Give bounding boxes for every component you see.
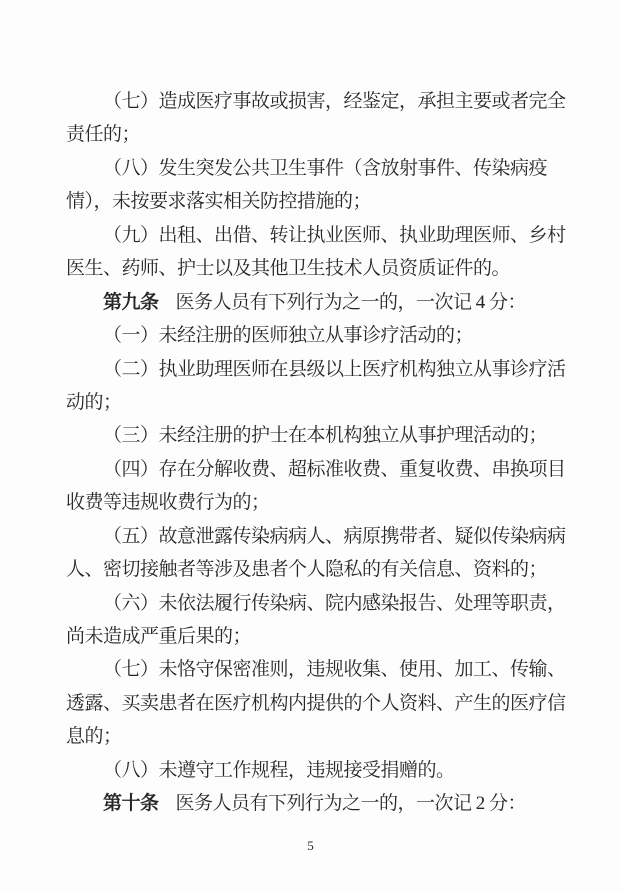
text-line-article-10: 第十条医务人员有下列行为之一的，一次记 2 分： (66, 787, 571, 820)
line-text: 情），未按要求落实相关防控措施的； (66, 191, 371, 212)
line-text: （七）造成医疗事故或损害，经鉴定，承担主要或者完全 (103, 91, 566, 112)
text-line: 收费等违规收费行为的； (66, 486, 571, 519)
text-line: （五）故意泄露传染病病人、病原携带者、疑似传染病病 (66, 520, 571, 553)
line-text: 息的； (66, 726, 122, 747)
document-body: （七）造成医疗事故或损害，经鉴定，承担主要或者完全 责任的； （八）发生突发公共… (66, 85, 571, 821)
article-number: 第十条 (103, 793, 159, 814)
text-line: 息的； (66, 720, 571, 753)
line-text: （九）出租、出借、转让执业医师、执业助理医师、乡村 (103, 225, 566, 246)
page-number: 5 (0, 838, 621, 854)
text-line: （七）造成医疗事故或损害，经鉴定，承担主要或者完全 (66, 85, 571, 118)
text-line: （七）未恪守保密准则，违规收集、使用、加工、传输、 (66, 653, 571, 686)
line-text: 收费等违规收费行为的； (66, 492, 270, 513)
line-text: 动的； (66, 392, 122, 413)
text-line: 人、密切接触者等涉及患者个人隐私的有关信息、资料的； (66, 553, 571, 586)
text-line: 尚未造成严重后果的； (66, 620, 571, 653)
text-line: （三）未经注册的护士在本机构独立从事护理活动的； (66, 419, 571, 452)
line-text: 尚未造成严重后果的； (66, 626, 251, 647)
line-text: （八）发生突发公共卫生事件（含放射事件、传染病疫 (103, 158, 547, 179)
text-line: （八）未遵守工作规程，违规接受捐赠的。 (66, 754, 571, 787)
text-line: （一）未经注册的医师独立从事诊疗活动的； (66, 319, 571, 352)
text-line: （二）执业助理医师在县级以上医疗机构独立从事诊疗活 (66, 353, 571, 386)
line-text: 人、密切接触者等涉及患者个人隐私的有关信息、资料的； (66, 559, 547, 580)
document-page: （七）造成医疗事故或损害，经鉴定，承担主要或者完全 责任的； （八）发生突发公共… (0, 0, 621, 892)
line-text: 医务人员有下列行为之一的，一次记 4 分： (176, 292, 527, 313)
text-line: （四）存在分解收费、超标准收费、重复收费、串换项目 (66, 453, 571, 486)
line-text: （四）存在分解收费、超标准收费、重复收费、串换项目 (103, 459, 566, 480)
line-text: （二）执业助理医师在县级以上医疗机构独立从事诊疗活 (103, 359, 566, 380)
text-line: 医生、药师、护士以及其他卫生技术人员资质证件的。 (66, 252, 571, 285)
line-text: （一）未经注册的医师独立从事诊疗活动的； (103, 325, 473, 346)
text-line: （九）出租、出借、转让执业医师、执业助理医师、乡村 (66, 219, 571, 252)
text-line: 透露、买卖患者在医疗机构内提供的个人资料、产生的医疗信 (66, 687, 571, 720)
line-text: 医生、药师、护士以及其他卫生技术人员资质证件的。 (66, 258, 510, 279)
line-text: （七）未恪守保密准则，违规收集、使用、加工、传输、 (103, 659, 566, 680)
line-text: （五）故意泄露传染病病人、病原携带者、疑似传染病病 (103, 526, 566, 547)
text-line: 情），未按要求落实相关防控措施的； (66, 185, 571, 218)
text-line-article-9: 第九条医务人员有下列行为之一的，一次记 4 分： (66, 286, 571, 319)
article-number: 第九条 (103, 292, 159, 313)
line-text: （六）未依法履行传染病、院内感染报告、处理等职责， (103, 593, 566, 614)
text-line: （八）发生突发公共卫生事件（含放射事件、传染病疫 (66, 152, 571, 185)
line-text: 透露、买卖患者在医疗机构内提供的个人资料、产生的医疗信 (66, 693, 566, 714)
line-text: 医务人员有下列行为之一的，一次记 2 分： (176, 793, 527, 814)
text-line: 责任的； (66, 118, 571, 151)
line-text: 责任的； (66, 124, 140, 145)
line-text: （八）未遵守工作规程，违规接受捐赠的。 (103, 760, 455, 781)
text-line: 动的； (66, 386, 571, 419)
text-line: （六）未依法履行传染病、院内感染报告、处理等职责， (66, 587, 571, 620)
line-text: （三）未经注册的护士在本机构独立从事护理活动的； (103, 425, 547, 446)
